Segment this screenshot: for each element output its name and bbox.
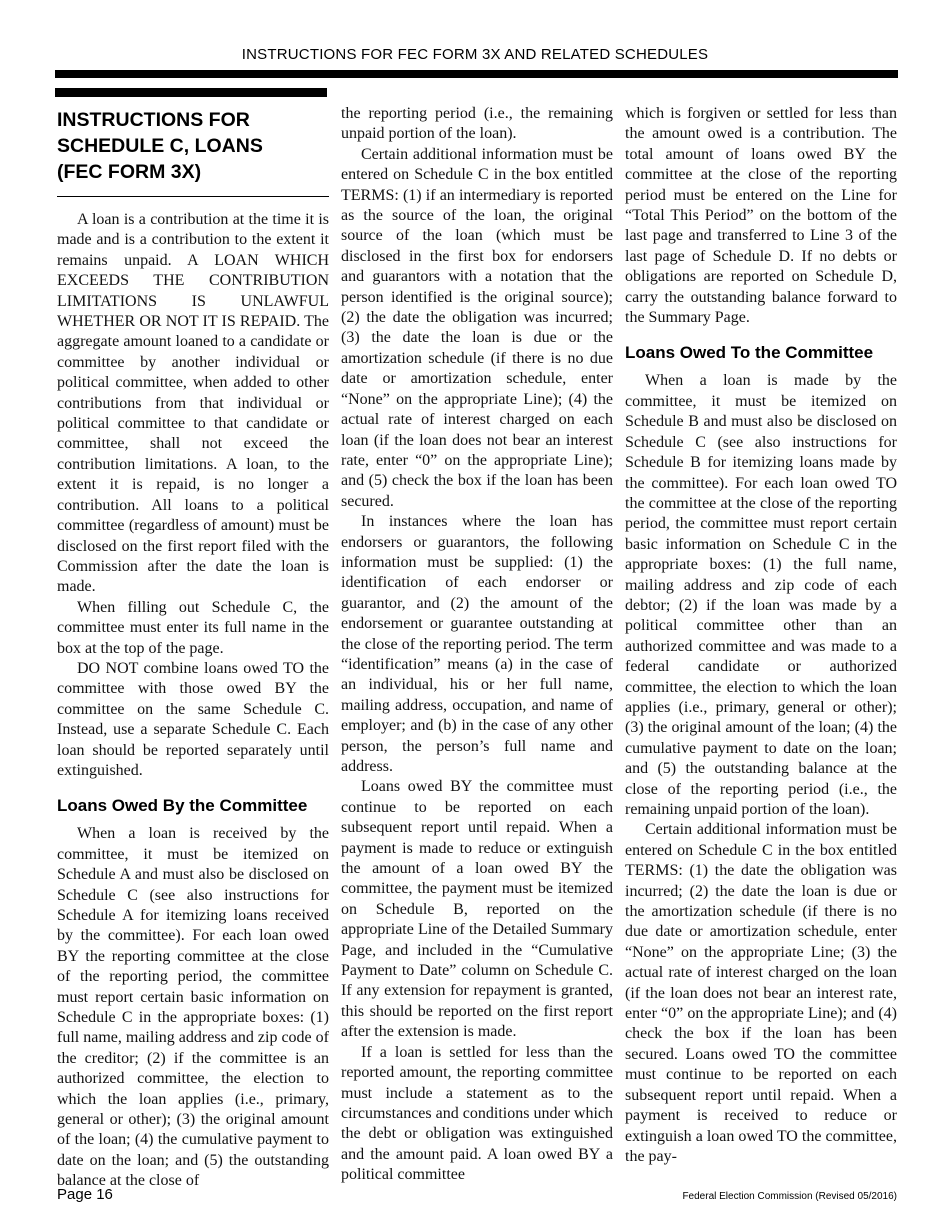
section-heading-rule <box>55 88 327 97</box>
header-rule <box>55 70 898 78</box>
section-heading-line-1: INSTRUCTIONS FOR <box>57 107 329 133</box>
paragraph: If a loan is settled for less than the r… <box>341 1043 613 1186</box>
column-middle: the reporting period (i.e., the remainin… <box>341 104 613 1192</box>
section-heading: INSTRUCTIONS FOR SCHEDULE C, LOANS (FEC … <box>57 104 329 185</box>
paragraph: In instances where the loan has endorser… <box>341 512 613 777</box>
paragraph: the reporting period (i.e., the remainin… <box>341 104 613 145</box>
three-column-layout: INSTRUCTIONS FOR SCHEDULE C, LOANS (FEC … <box>57 104 897 1192</box>
subheading-loans-owed-to: Loans Owed To the Committee <box>625 343 897 363</box>
paragraph: Loans owed BY the committee must continu… <box>341 777 613 1042</box>
column-left: INSTRUCTIONS FOR SCHEDULE C, LOANS (FEC … <box>57 104 329 1192</box>
paragraph: Certain additional information must be e… <box>341 145 613 512</box>
paragraph: When a loan is received by the committee… <box>57 824 329 1191</box>
footer-attribution: Federal Election Commission (Revised 05/… <box>682 1191 897 1202</box>
paragraph: When a loan is made by the committee, it… <box>625 371 897 820</box>
subheading-loans-owed-by: Loans Owed By the Committee <box>57 796 329 816</box>
paragraph: A loan is a contribution at the time it … <box>57 210 329 598</box>
paragraph: DO NOT combine loans owed TO the committ… <box>57 659 329 781</box>
section-heading-line-2: SCHEDULE C, LOANS <box>57 133 329 159</box>
section-heading-line-3: (FEC FORM 3X) <box>57 159 329 185</box>
heading-underline <box>57 196 329 197</box>
page-number: Page 16 <box>57 1186 113 1203</box>
paragraph: Certain additional information must be e… <box>625 820 897 1167</box>
column-right: which is forgiven or settled for less th… <box>625 104 897 1192</box>
paragraph: which is forgiven or settled for less th… <box>625 104 897 328</box>
paragraph: When filling out Schedule C, the committ… <box>57 598 329 659</box>
running-header: INSTRUCTIONS FOR FEC FORM 3X AND RELATED… <box>0 46 950 63</box>
document-page: INSTRUCTIONS FOR FEC FORM 3X AND RELATED… <box>0 0 950 1230</box>
